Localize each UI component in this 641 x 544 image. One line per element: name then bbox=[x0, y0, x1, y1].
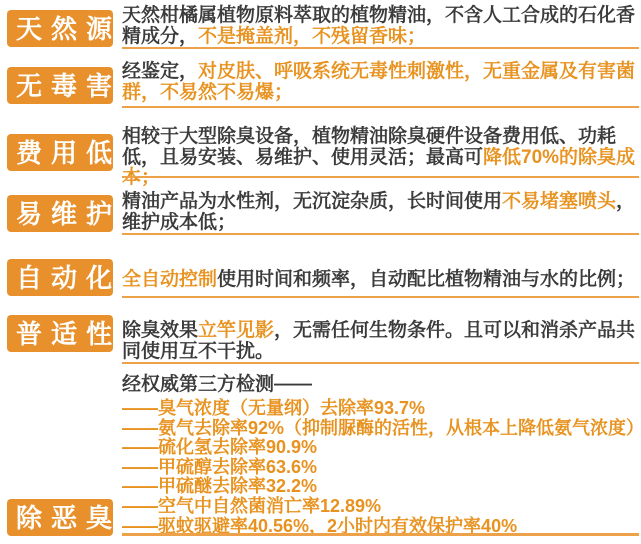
divider-non-toxic bbox=[122, 106, 639, 108]
feature-desc-natural-source: 天然柑橘属植物原料萃取的植物精油，不含人工合成的石化香精成分，不是掩盖剂，不残留… bbox=[122, 6, 639, 47]
feature-desc-non-toxic: 经鉴定，对皮肤、呼吸系统无毒性刺激性，无重金属及有害菌群，不易然不易爆； bbox=[122, 62, 639, 103]
feature-desc-universality: 除臭效果立竿见影，无需任何生物条件。且可以和消杀产品共同使用互不干扰。 bbox=[122, 321, 639, 362]
plant-essential-oil-benefits-infographic: 天然源 天然柑橘属植物原料萃取的植物精油，不含人工合成的石化香精成分，不是掩盖剂… bbox=[0, 0, 641, 544]
divider-deodorization bbox=[122, 533, 639, 536]
desc-highlight: 全自动控制 bbox=[122, 269, 217, 290]
desc-highlight: 不是掩盖剂，不残留香味； bbox=[198, 26, 426, 47]
detection-results-block: 经权威第三方检测—— ——臭气浓度（无量纲）去除率93.7% ——氨气去除率92… bbox=[122, 374, 639, 536]
feature-desc-automation: 全自动控制使用时间和频率，自动配比植物精油与水的比例； bbox=[122, 270, 639, 291]
desc-text: 使用时间和频率，自动配比植物精油与水的比例； bbox=[217, 269, 635, 290]
badge-easy-maintenance: 易维护 bbox=[7, 195, 113, 232]
detection-item-odor-concentration: ——臭气浓度（无量纲）去除率93.7% bbox=[122, 399, 639, 419]
detection-item-ammonia: ——氨气去除率92%（抑制脲酶的活性，从根本上降低氨气浓度） bbox=[122, 419, 639, 439]
feature-desc-low-cost: 相较于大型除臭设备，植物精油除臭硬件设备费用低、功耗低，且易安装、易维护、使用灵… bbox=[122, 127, 639, 189]
badge-deodorization: 除恶臭 bbox=[7, 499, 113, 536]
desc-text: 经鉴定， bbox=[122, 61, 198, 82]
divider-universality bbox=[122, 362, 639, 364]
badge-universality: 普适性 bbox=[7, 315, 113, 352]
badge-natural-source: 天然源 bbox=[7, 10, 113, 47]
detection-item-methyl-sulfide: ——甲硫醚去除率32.2% bbox=[122, 477, 639, 497]
desc-highlight: 对皮肤、呼吸系统无毒性刺激性，无重金属及有害菌群，不易然不易爆； bbox=[122, 61, 635, 103]
feature-desc-easy-maintenance: 精油产品为水性剂，无沉淀杂质，长时间使用不易堵塞喷头，维护成本低； bbox=[122, 192, 639, 233]
badge-automation: 自动化 bbox=[7, 259, 113, 296]
desc-highlight: 不易堵塞喷头 bbox=[502, 191, 616, 212]
detection-header: 经权威第三方检测—— bbox=[122, 374, 639, 396]
detection-list: ——臭气浓度（无量纲）去除率93.7% ——氨气去除率92%（抑制脲酶的活性，从… bbox=[122, 399, 639, 536]
divider-natural-source bbox=[122, 47, 639, 49]
divider-low-cost bbox=[122, 176, 639, 178]
detection-item-hydrogen-sulfide: ——硫化氢去除率90.9% bbox=[122, 438, 639, 458]
badge-low-cost: 费用低 bbox=[7, 134, 113, 171]
detection-item-airborne-bacteria: ——空气中自然菌消亡率12.89% bbox=[122, 497, 639, 517]
desc-text: 精油产品为水性剂，无沉淀杂质，长时间使用 bbox=[122, 191, 502, 212]
detection-item-methyl-mercaptan: ——甲硫醇去除率63.6% bbox=[122, 458, 639, 478]
divider-automation bbox=[122, 296, 639, 298]
badge-non-toxic: 无毒害 bbox=[7, 67, 113, 104]
desc-highlight: 立竿见影 bbox=[198, 320, 274, 341]
divider-easy-maintenance bbox=[122, 233, 639, 235]
desc-text: 除臭效果 bbox=[122, 320, 198, 341]
